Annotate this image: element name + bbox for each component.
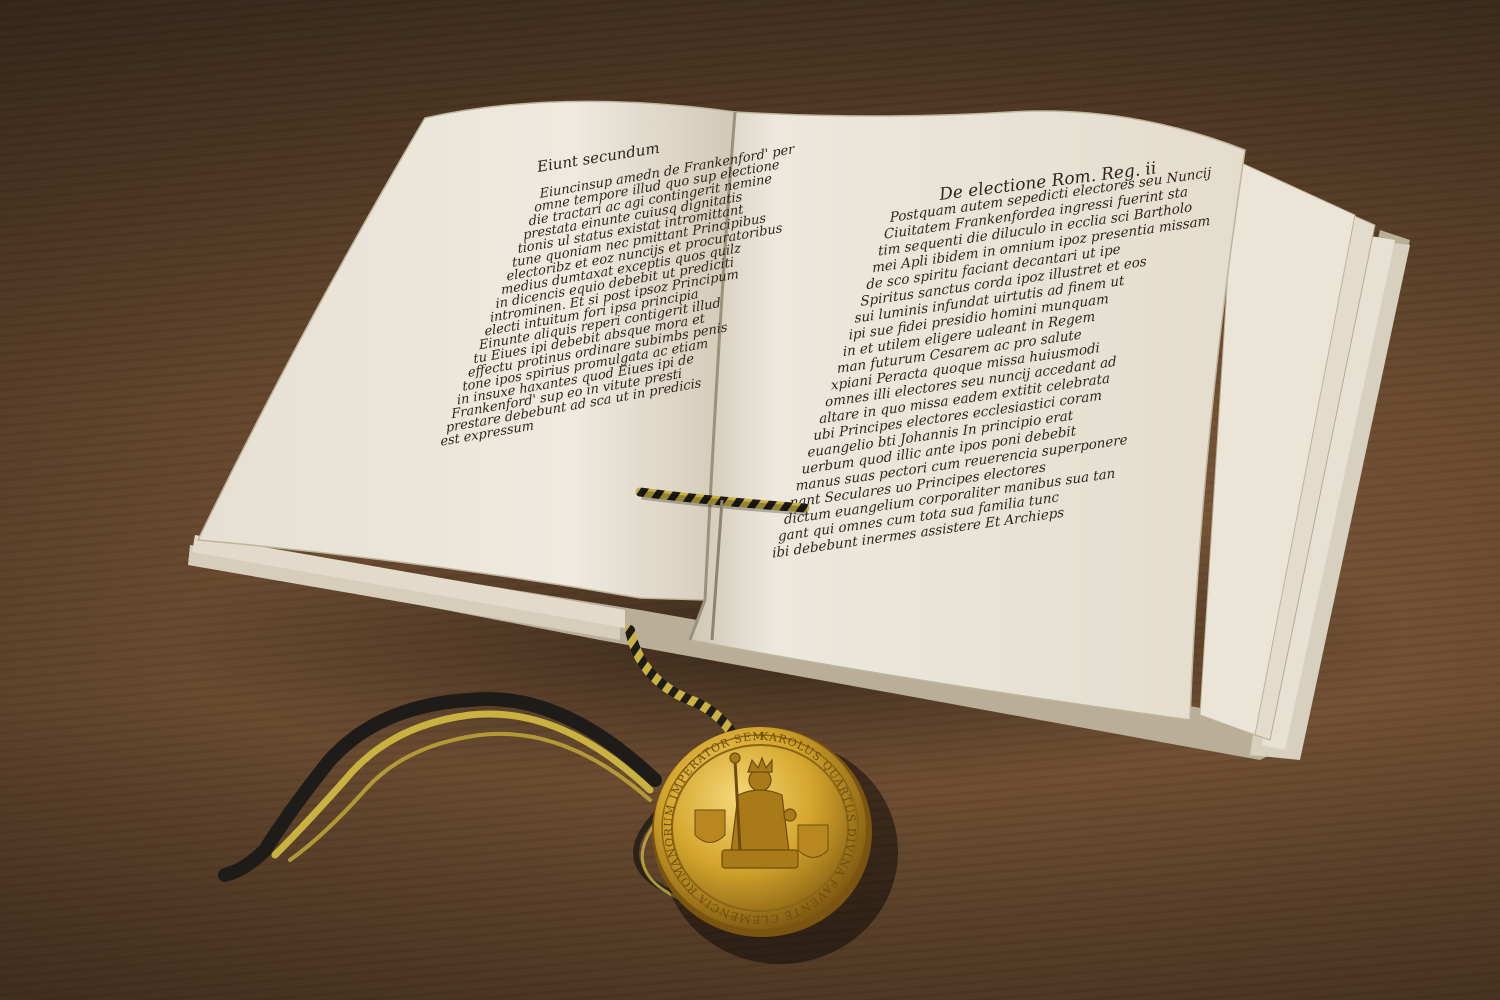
photo-scene: Eiunt secundum Eiuncinsup amedn de Frank… bbox=[0, 0, 1500, 1000]
manuscript-photo: Eiunt secundum Eiuncinsup amedn de Frank… bbox=[0, 0, 1500, 1000]
seal-shield-left bbox=[695, 810, 725, 843]
seal-shield-right bbox=[798, 825, 828, 858]
